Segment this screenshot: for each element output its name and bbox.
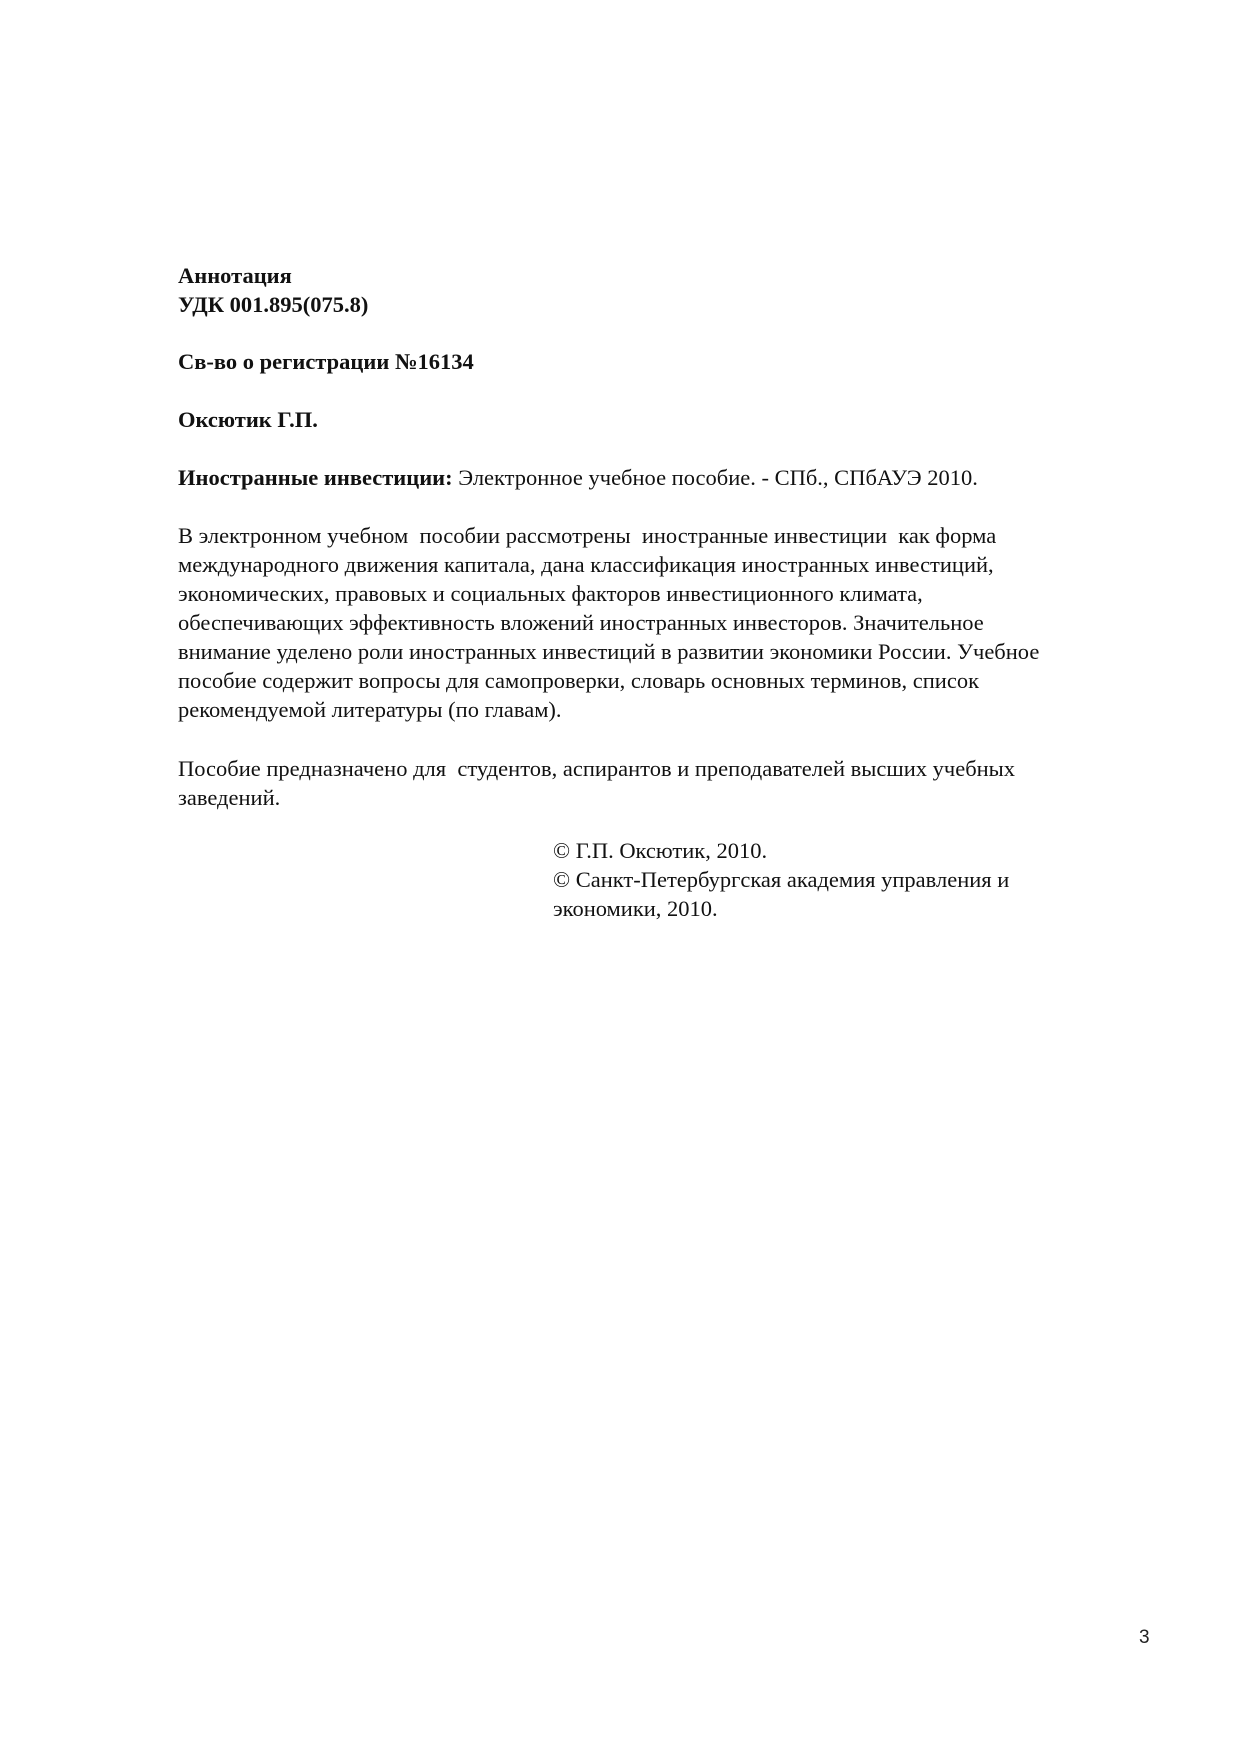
title-rest: Электронное учебное пособие. - СПб., СПб… [453, 465, 978, 490]
bibliographic-title: Иностранные инвестиции: Электронное учеб… [178, 463, 978, 492]
abstract-line: международного движения капитала, дана к… [178, 550, 1039, 579]
abstract-line: рекомендуемой литературы (по главам). [178, 695, 1039, 724]
abstract-line: пособие содержит вопросы для самопроверк… [178, 666, 1039, 695]
abstract-paragraph: В электронном учебном пособии рассмотрен… [178, 521, 1039, 724]
audience-line: заведений. [178, 783, 1015, 812]
copyright-line: © Г.П. Оксютик, 2010. [553, 836, 1009, 865]
abstract-line: экономических, правовых и социальных фак… [178, 579, 1039, 608]
registration-number: Св-во о регистрации №16134 [178, 347, 474, 376]
copyright-line: © Санкт-Петербургская академия управлени… [553, 865, 1009, 894]
title-line: Иностранные инвестиции: Электронное учеб… [178, 463, 978, 492]
author-name: Оксютик Г.П. [178, 405, 318, 434]
copyright-line: экономики, 2010. [553, 894, 1009, 923]
copyright-block: © Г.П. Оксютик, 2010. © Санкт-Петербургс… [553, 836, 1009, 923]
abstract-line: В электронном учебном пособии рассмотрен… [178, 521, 1039, 550]
abstract-line: обеспечивающих эффективность вложений ин… [178, 608, 1039, 637]
page-number: 3 [1139, 1627, 1150, 1649]
abstract-line: внимание уделено роли иностранных инвест… [178, 637, 1039, 666]
udk-code: УДК 001.895(075.8) [178, 290, 368, 319]
title-bold: Иностранные инвестиции: [178, 465, 453, 490]
annotation-label: Аннотация [178, 261, 368, 290]
annotation-heading-block: Аннотация УДК 001.895(075.8) [178, 261, 368, 319]
audience-paragraph: Пособие предназначено для студентов, асп… [178, 754, 1015, 812]
audience-line: Пособие предназначено для студентов, асп… [178, 754, 1015, 783]
author-text: Оксютик Г.П. [178, 405, 318, 434]
registration-text: Св-во о регистрации №16134 [178, 347, 474, 376]
